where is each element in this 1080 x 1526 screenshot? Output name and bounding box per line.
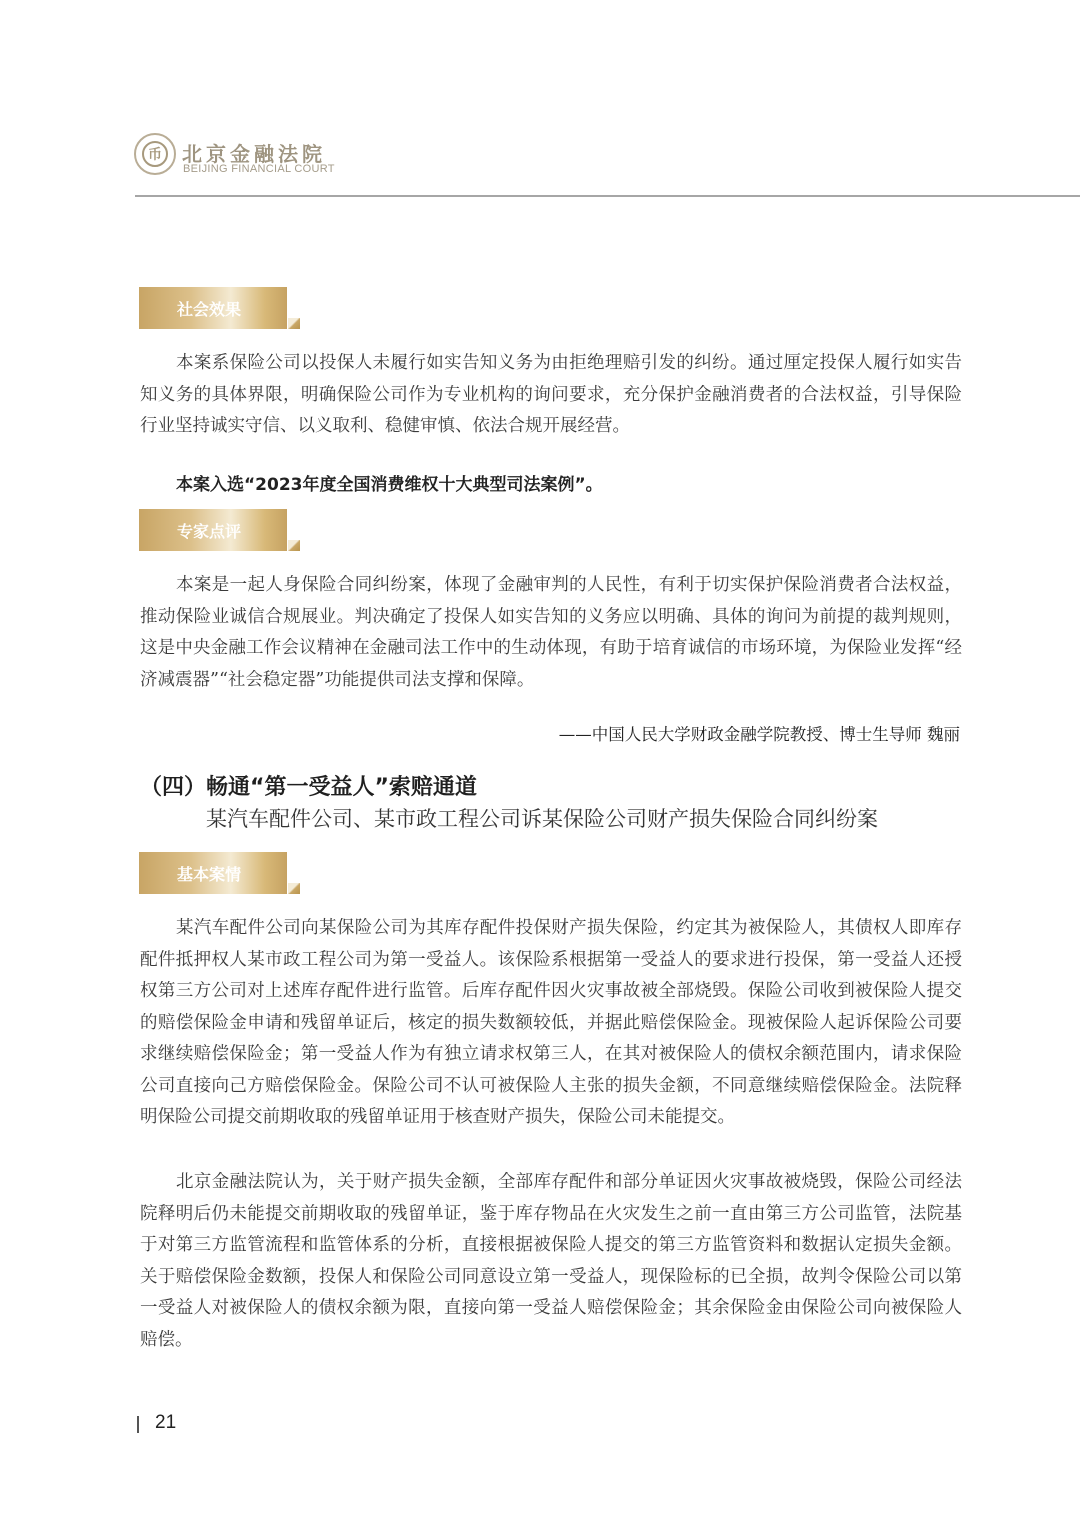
section-tag-basic-facts: 基本案情	[139, 852, 287, 894]
basic-facts-paragraph: 某汽车配件公司向某保险公司为其库存配件投保财产损失保险，约定其为被保险人，其债权…	[140, 913, 962, 1134]
tag-corner-decoration	[288, 318, 300, 329]
court-emblem-icon: 币	[142, 141, 168, 167]
case-section-subtitle: 某汽车配件公司、某市政工程公司诉某保险公司财产损失保险合同纠纷案	[206, 803, 878, 833]
page-number: 21	[155, 1412, 176, 1434]
section-tag-expert-comment: 专家点评	[139, 509, 287, 551]
selection-note: 本案入选“2023年度全国消费维权十大典型司法案例”。	[176, 470, 603, 495]
case-section-title: （四）畅通“第一受益人”索赔通道	[140, 770, 477, 801]
court-ruling-paragraph: 北京金融法院认为，关于财产损失金额，全部库存配件和部分单证因火灾事故被烧毁，保险…	[140, 1167, 962, 1356]
expert-comment-paragraph: 本案是一起人身保险合同纠纷案，体现了金融审判的人民性，有利于切实保护保险消费者合…	[140, 570, 962, 696]
section-tag-label: 社会效果	[177, 297, 241, 320]
section-tag-social-effect: 社会效果	[139, 287, 287, 329]
expert-attribution: ——中国人民大学财政金融学院教授、博士生导师 魏丽	[559, 721, 960, 745]
court-logo: 币	[134, 133, 176, 175]
section-tag-label: 基本案情	[177, 862, 241, 885]
tag-corner-decoration	[288, 540, 300, 551]
header-divider	[135, 195, 1080, 197]
page-number-bar	[137, 1416, 139, 1433]
brand-name-en: BEIJING FINANCIAL COURT	[183, 163, 335, 175]
tag-corner-decoration	[288, 883, 300, 894]
section-tag-label: 专家点评	[177, 519, 241, 542]
social-effect-paragraph: 本案系保险公司以投保人未履行如实告知义务为由拒绝理赔引发的纠纷。通过厘定投保人履…	[140, 348, 962, 443]
